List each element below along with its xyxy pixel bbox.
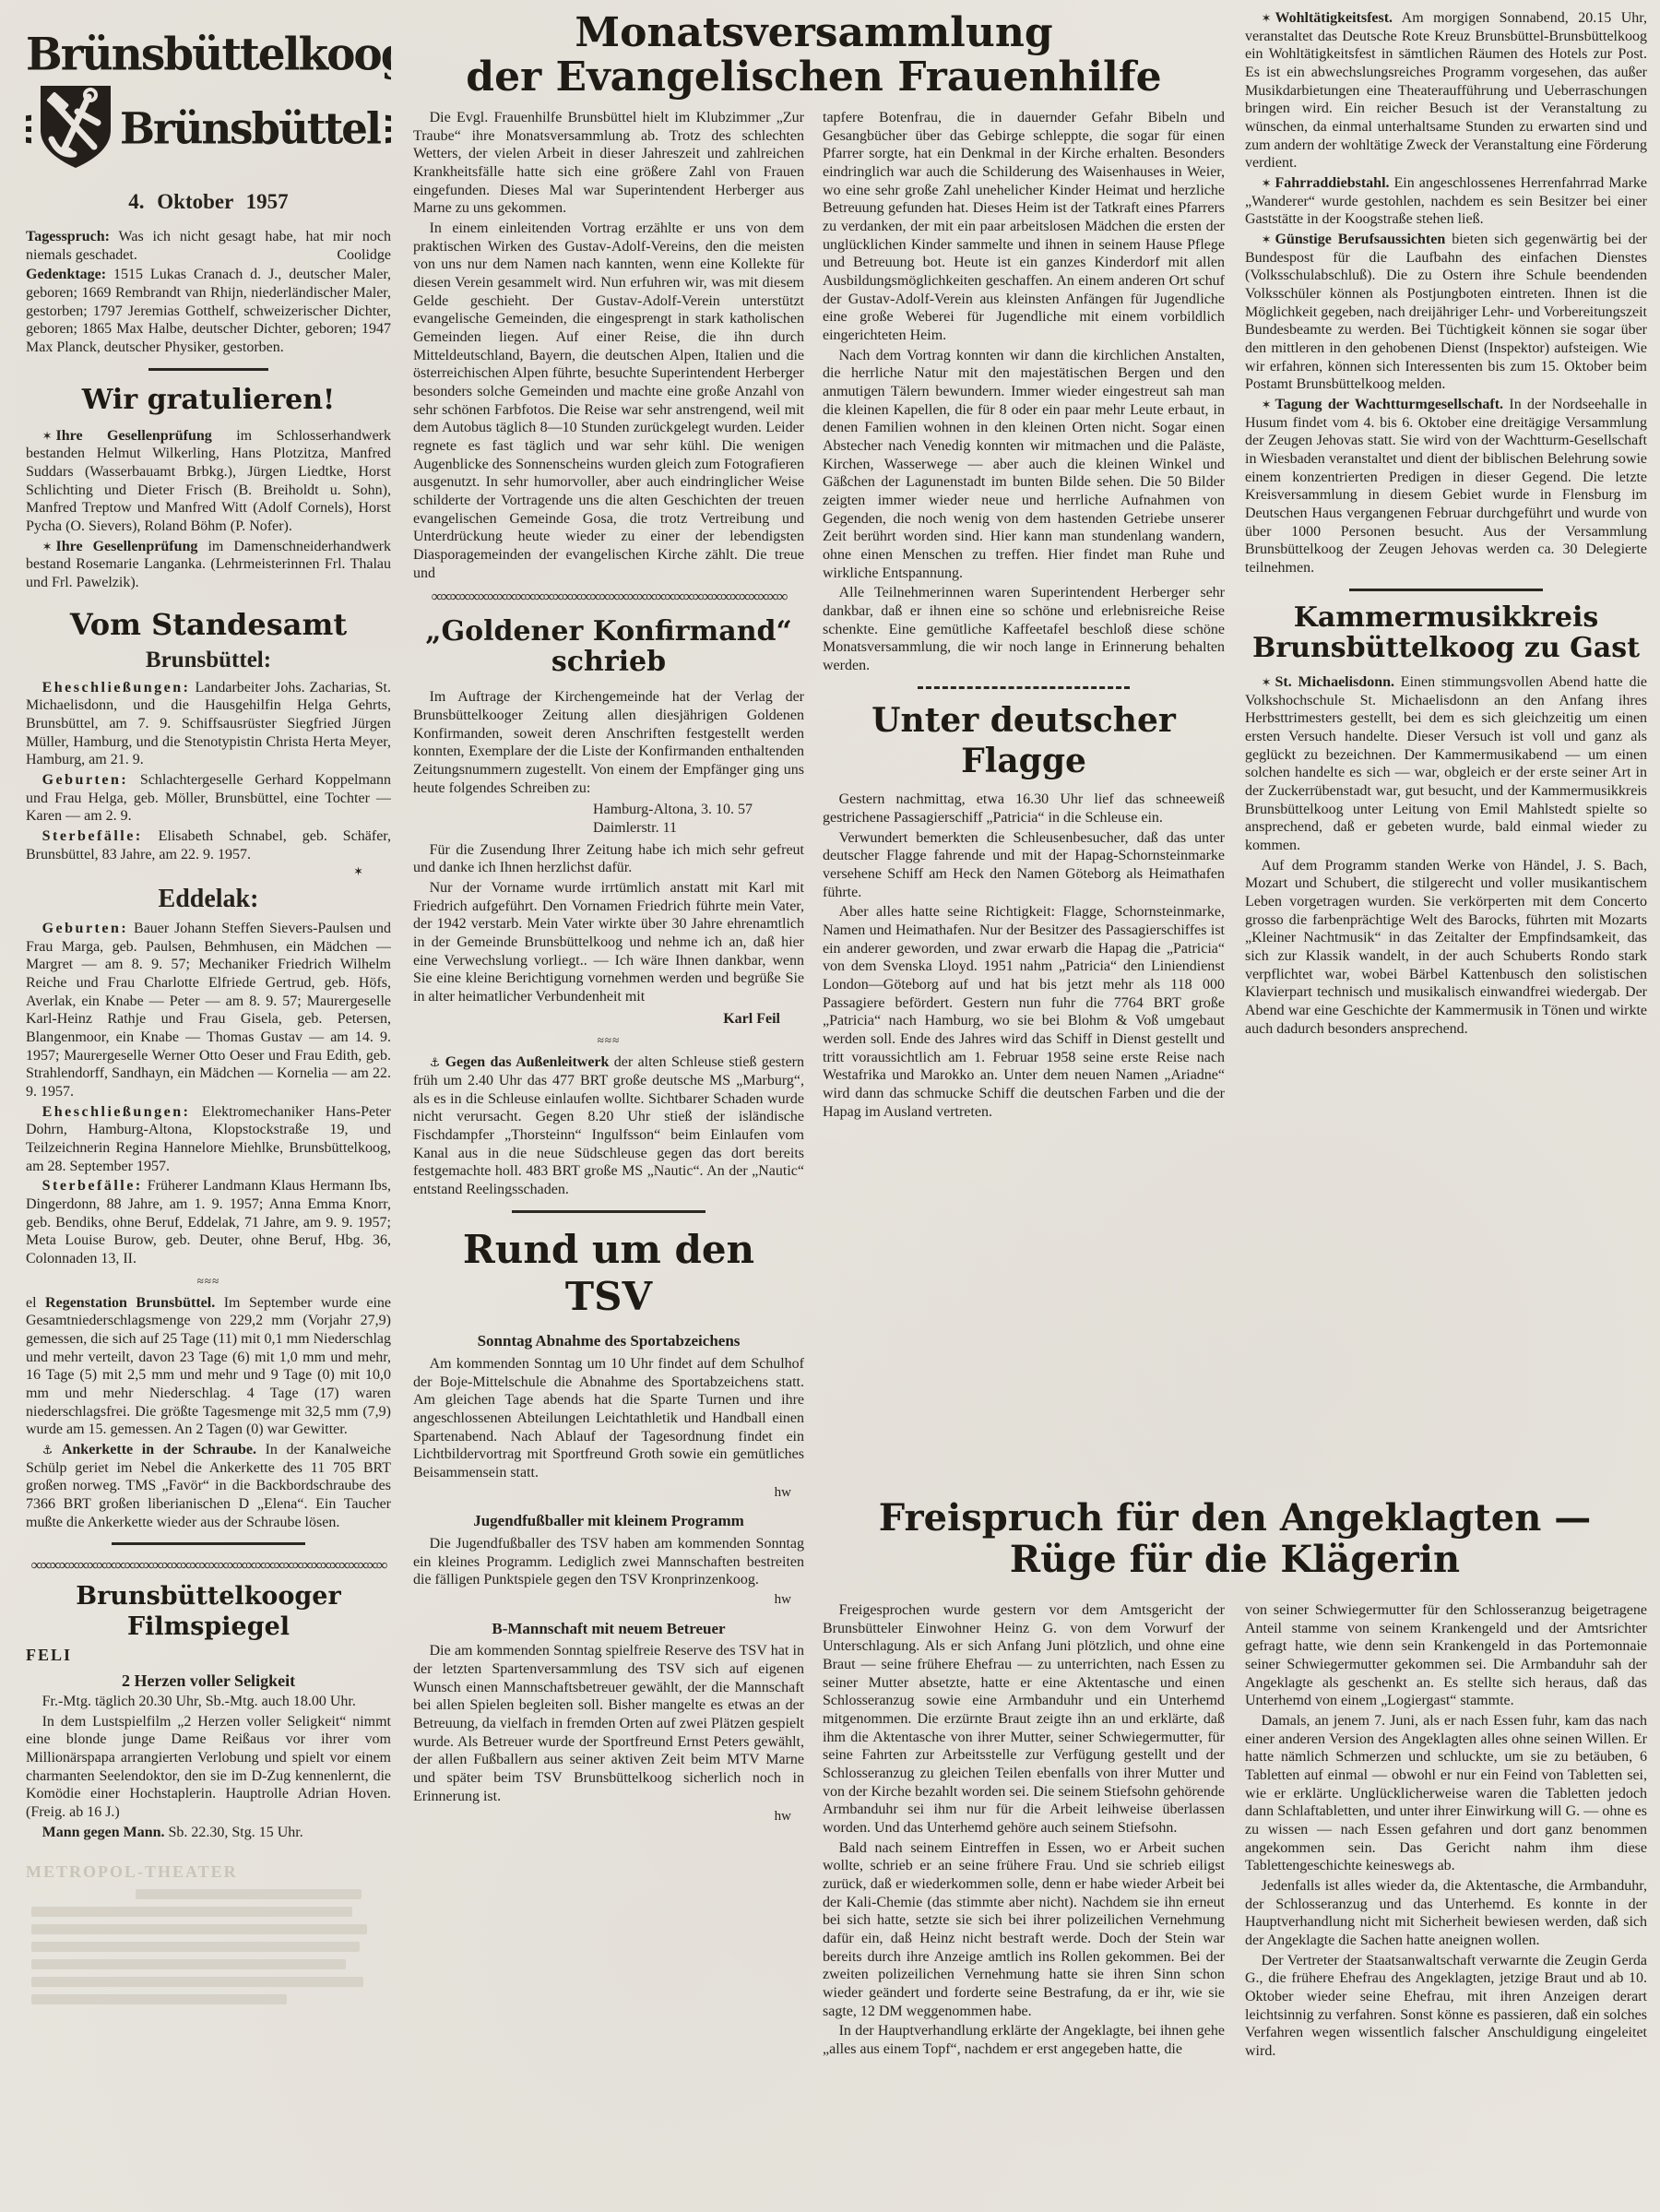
tsv-paragraph: Am kommenden Sonntag um 10 Uhr findet au… — [413, 1355, 804, 1482]
film-second: Mann gegen Mann. Sb. 22.30, Stg. 15 Uhr. — [26, 1824, 391, 1842]
standesamt-entry: Geburten: Schlachtergeselle Gerhard Kopp… — [26, 771, 391, 826]
local-note: ✶Günstige Berufsaussichten bieten sich g… — [1245, 231, 1647, 394]
tagesspruch-label: Tagesspruch: — [26, 229, 110, 244]
film-title: 2 Herzen voller Seligkeit — [26, 1671, 391, 1691]
squiggle-divider: ≈≈≈ — [26, 1274, 391, 1289]
tsv-paragraph: Die Jugendfußballer des TSV haben am kom… — [413, 1535, 804, 1589]
author-initials: hw — [413, 1591, 804, 1608]
note-text: Einen stimmungsvollen Abend hatte die Vo… — [1245, 674, 1647, 853]
article-paragraph: Verwundert bemerkten die Schleusenbesuch… — [823, 829, 1225, 902]
article-paragraph: Bald nach seinem Eintreffen in Essen, wo… — [823, 1839, 1225, 2021]
note-text: Im September wurde eine Gesamtniederschl… — [26, 1295, 391, 1438]
address-line: Hamburg-Altona, 3. 10. 57 — [593, 801, 804, 819]
local-note: ✶Tagung der Wachtturmgesellschaft. In de… — [1245, 396, 1647, 577]
note-lead: Fahrraddiebstahl. — [1275, 175, 1390, 191]
item-lead: Ihre Gesellenprüfung — [56, 428, 212, 444]
note-lead: Wohltätigkeitsfest. — [1275, 10, 1393, 26]
heading-brunsbuettel: Brunsbüttel: — [26, 647, 391, 675]
anchor-icon: ⚓ — [430, 1056, 445, 1070]
section-divider — [112, 1542, 305, 1545]
heading-goldener-konfirmand: „Goldener Konfirmand“ schrieb — [413, 616, 804, 677]
kammermusik-paragraph: ✶St. Michaelisdonn. Einen stimmungsvolle… — [1245, 673, 1647, 855]
faded-print-line — [31, 1959, 346, 1969]
tsv-subhead: Sonntag Abnahme des Sportabzeichens — [413, 1332, 804, 1351]
tagesspruch-author: Coolidge — [337, 246, 391, 265]
masthead: Brünsbüttelkoog — [26, 33, 391, 215]
standesamt-entry: Eheschließungen: Landarbeiter Johs. Zach… — [26, 679, 391, 769]
newspaper-page: { "icons": { "star": "✶", "ship": "⚓", "… — [0, 0, 1660, 2212]
letter-address: Hamburg-Altona, 3. 10. 57 Daimlerstr. 11 — [593, 801, 804, 837]
star-icon: ✶ — [1262, 233, 1275, 247]
star-icon: ✶ — [42, 430, 56, 444]
headline-line2: der Evangelischen Frauenhilfe — [397, 55, 1231, 100]
headline-line2: Rüge für die Klägerin — [823, 1540, 1647, 1581]
star-icon: ✶ — [1262, 12, 1275, 26]
faded-print-block: METROPOL-THEATER — [26, 1861, 391, 2004]
article-paragraph: Gestern nachmittag, etwa 16.30 Uhr lief … — [823, 791, 1225, 827]
article-paragraph: Nur der Vorname wurde irrtümlich anstatt… — [413, 879, 804, 1006]
anchor-icon: ⚓ — [42, 1444, 62, 1457]
section-divider — [148, 368, 268, 371]
article-paragraph: In einem einleitenden Vortrag erzählte e… — [413, 220, 804, 582]
faded-print-line — [31, 1907, 352, 1917]
heading-standesamt: Vom Standesamt — [26, 607, 391, 643]
article-paragraph: Jedenfalls ist alles wieder da, die Akte… — [1245, 1877, 1647, 1950]
faded-heading: METROPOL-THEATER — [26, 1861, 391, 1882]
entry-lead: Sterbefälle: — [42, 828, 143, 844]
entry-lead: Eheschließungen: — [42, 1104, 191, 1120]
wing-flourish-icon — [385, 113, 391, 145]
star-icon: ✶ — [26, 865, 391, 880]
gratulieren-item: ✶Ihre Gesellenprüfung im Damenschneiderh… — [26, 538, 391, 592]
tsv-subhead: Jugendfußballer mit kleinem Programm — [413, 1512, 804, 1531]
regenstation-note: el Regenstation Brunsbüttel. Im Septembe… — [26, 1294, 391, 1439]
headline-line1: Monatsversammlung — [397, 11, 1231, 55]
note-text: der alten Schleuse stieß gestern früh um… — [413, 1054, 804, 1197]
note-text: In der Nordseehalle in Husum findet vom … — [1245, 397, 1647, 576]
tsv-paragraph: Die am kommenden Sonntag spielfreie Rese… — [413, 1642, 804, 1805]
main-headline: Monatsversammlung der Evangelischen Frau… — [397, 11, 1231, 105]
standesamt-entry: Sterbefälle: Früherer Landmann Klaus Her… — [26, 1177, 391, 1267]
note-lead: Tagung der Wachtturmgesellschaft. — [1275, 397, 1504, 412]
article-paragraph: Für die Zusendung Ihrer Zeitung habe ich… — [413, 841, 804, 877]
article-paragraph: Aber alles hatte seine Richtigkeit: Flag… — [823, 903, 1225, 1121]
freispruch-headline: Freispruch für den Angeklagten — Rüge fü… — [823, 1498, 1647, 1590]
note-lead: Günstige Berufsaussichten — [1275, 232, 1446, 247]
heading-unter-deutscher-flagge: Unter deutscher Flagge — [823, 700, 1225, 782]
heading-tsv: Rund um den TSV — [413, 1226, 804, 1321]
article-paragraph: Alle Teilnehmerinnen waren Superintenden… — [823, 584, 1225, 674]
correction-mark: el — [26, 1295, 37, 1311]
ankerkette-note: ⚓Ankerkette in der Schraube. In der Kana… — [26, 1441, 391, 1531]
note-lead: Ankerkette in der Schraube. — [62, 1442, 256, 1457]
section-divider — [1349, 589, 1543, 591]
article-paragraph: tapfere Botenfrau, die in dauernder Gefa… — [823, 109, 1225, 345]
film-times-inline: Sb. 22.30, Stg. 15 Uhr. — [165, 1825, 303, 1840]
faded-print-line — [31, 1942, 360, 1952]
column-2: Die Evgl. Frauenhilfe Brunsbüttel hielt … — [413, 109, 804, 2205]
cinema-name: FELI — [26, 1645, 391, 1665]
local-note: ✶Fahrraddiebstahl. Ein angeschlossenes H… — [1245, 174, 1647, 229]
letter-signature: Karl Feil — [413, 1010, 804, 1029]
heading-kammermusikkreis: Kammermusikkreis Brunsbüttelkoog zu Gast — [1245, 602, 1647, 664]
column-1: Brünsbüttelkoog — [26, 9, 391, 2205]
article-paragraph: von seiner Schwiegermutter für den Schlo… — [1245, 1601, 1647, 1710]
film-times: Fr.-Mtg. täglich 20.30 Uhr, Sb.-Mtg. auc… — [26, 1693, 391, 1711]
column-3: tapfere Botenfrau, die in dauernder Gefa… — [823, 109, 1225, 1493]
faded-print-line — [136, 1889, 362, 1899]
chain-ornament: ∞∞∞∞∞∞∞∞∞∞∞∞∞∞∞∞∞∞∞∞∞∞∞∞∞∞∞∞∞∞∞∞∞∞∞∞∞∞ — [26, 1556, 391, 1576]
local-note: ✶Wohltätigkeitsfest. Am morgigen Sonnabe… — [1245, 9, 1647, 172]
masthead-title-line1: Brünsbüttelkoog — [26, 32, 391, 77]
article-paragraph: Im Auftrage der Kirchengemeinde hat der … — [413, 688, 804, 797]
star-icon: ✶ — [1262, 177, 1275, 191]
note-lead: St. Michaelisdonn. — [1275, 674, 1395, 690]
article-paragraph: In der Hauptverhandlung erklärte der Ang… — [823, 2022, 1225, 2058]
note-text: Am morgigen Sonnabend, 20.15 Uhr, verans… — [1245, 10, 1647, 171]
film-description: In dem Lustspielfilm „2 Herzen voller Se… — [26, 1713, 391, 1822]
tagesspruch: Tagesspruch: Was ich nicht gesagt habe, … — [26, 228, 391, 264]
entry-text: Bauer Johann Steffen Sievers-Paulsen und… — [26, 921, 391, 1100]
standesamt-entry: Sterbefälle: Elisabeth Schnabel, geb. Sc… — [26, 827, 391, 863]
headline-line1: Freispruch für den Angeklagten — — [823, 1498, 1647, 1540]
section-divider — [918, 686, 1130, 689]
article-paragraph: Damals, an jenem 7. Juni, als er nach Es… — [1245, 1712, 1647, 1875]
star-icon: ✶ — [1262, 398, 1275, 412]
heading-filmspiegel: Brunsbüttelkooger Filmspiegel — [26, 1581, 391, 1642]
freispruch-column-left: Freigesprochen wurde gestern vor dem Amt… — [823, 1601, 1225, 2203]
note-lead: Regenstation Brunsbüttel. — [37, 1295, 216, 1311]
gedenktage-label: Gedenktage: — [26, 267, 106, 282]
star-icon: ✶ — [1262, 676, 1275, 690]
heading-line2: schrieb — [413, 647, 804, 677]
article-paragraph: Nach dem Vortrag konnten wir dann die ki… — [823, 347, 1225, 583]
wing-flourish-icon — [26, 113, 31, 145]
faded-print-line — [31, 1924, 367, 1934]
standesamt-entry: Geburten: Bauer Johann Steffen Sievers-P… — [26, 920, 391, 1101]
entry-lead: Eheschließungen: — [42, 680, 191, 696]
kammermusik-paragraph: Auf dem Programm standen Werke von Hände… — [1245, 857, 1647, 1039]
faded-print-line — [31, 1994, 287, 2004]
article-paragraph: Die Evgl. Frauenhilfe Brunsbüttel hielt … — [413, 109, 804, 218]
entry-lead: Geburten: — [42, 921, 129, 936]
film-title-inline: Mann gegen Mann. — [42, 1825, 165, 1840]
address-line: Daimlerstr. 11 — [593, 819, 804, 838]
faded-print-line — [31, 1977, 363, 1987]
heading-wir-gratulieren: Wir gratulieren! — [26, 384, 391, 418]
star-icon: ✶ — [42, 541, 56, 554]
section-divider — [512, 1210, 705, 1213]
gedenktage: Gedenktage: 1515 Lukas Cranach d. J., de… — [26, 266, 391, 356]
chain-ornament: ∞∞∞∞∞∞∞∞∞∞∞∞∞∞∞∞∞∞∞∞∞∞∞∞∞∞∞∞∞∞∞∞∞∞∞∞∞∞ — [413, 588, 804, 607]
standesamt-entry: Eheschließungen: Elektromechaniker Hans-… — [26, 1103, 391, 1176]
heading-line1: „Goldener Konfirmand“ — [413, 616, 804, 647]
tsv-subhead: B-Mannschaft mit neuem Betreuer — [413, 1620, 804, 1639]
note-lead: Gegen das Außenleitwerk — [445, 1054, 610, 1070]
masthead-title-line2: Brünsbüttel — [120, 107, 380, 150]
author-initials: hw — [413, 1484, 804, 1501]
heading-eddelak: Eddelak: — [26, 884, 391, 915]
item-lead: Ihre Gesellenprüfung — [56, 539, 198, 554]
note-text: bieten sich gegenwärtig bei der Bundespo… — [1245, 232, 1647, 392]
author-initials: hw — [413, 1808, 804, 1825]
squiggle-divider: ≈≈≈ — [413, 1033, 804, 1048]
schleuse-note: ⚓Gegen das Außenleitwerk der alten Schle… — [413, 1053, 804, 1198]
gratulieren-item: ✶Ihre Gesellenprüfung im Schlosserhandwe… — [26, 427, 391, 536]
heading-line2: Brunsbüttelkoog zu Gast — [1245, 633, 1647, 664]
article-paragraph: Der Vertreter der Staatsanwaltschaft ver… — [1245, 1952, 1647, 2061]
article-paragraph: Freigesprochen wurde gestern vor dem Amt… — [823, 1601, 1225, 1837]
town-crest-icon — [37, 82, 114, 176]
entry-lead: Sterbefälle: — [42, 1178, 143, 1194]
entry-lead: Geburten: — [42, 772, 129, 788]
heading-line1: Kammermusikkreis — [1245, 602, 1647, 634]
column-4: ✶Wohltätigkeitsfest. Am morgigen Sonnabe… — [1245, 9, 1647, 1493]
issue-date: 4. Oktober 1957 — [26, 189, 391, 215]
freispruch-column-right: von seiner Schwiegermutter für den Schlo… — [1245, 1601, 1647, 2203]
